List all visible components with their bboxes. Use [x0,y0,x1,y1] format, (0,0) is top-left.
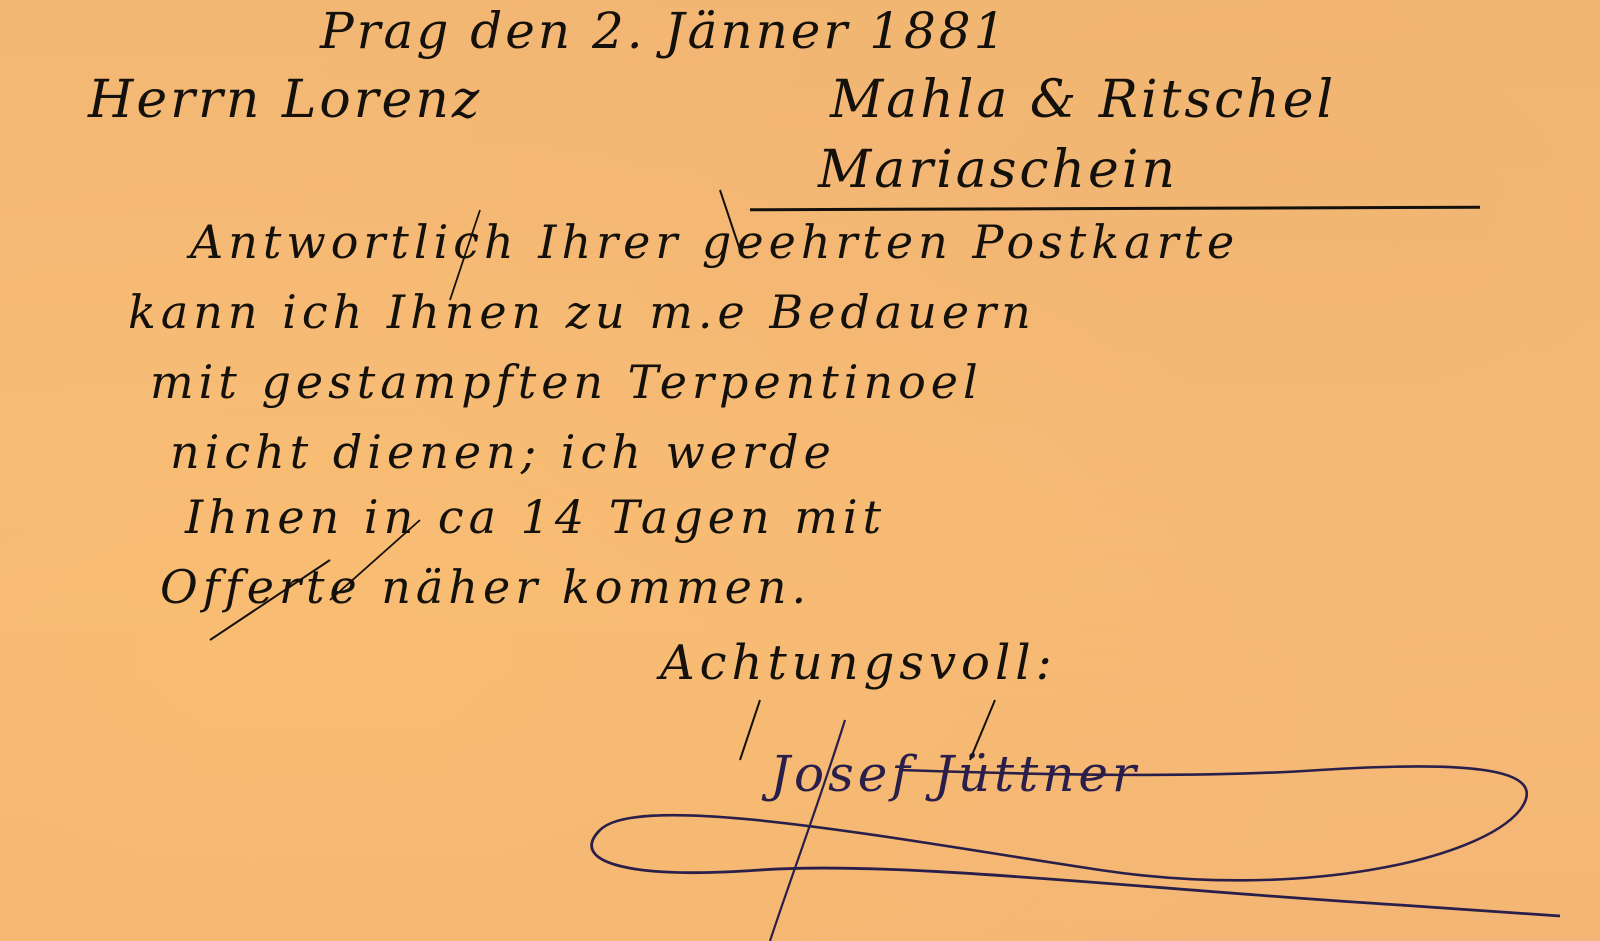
body-line: kann ich Ihnen zu m.e Bedauern [128,285,1036,339]
body-line: mit gestampften Terpentinoel [150,355,983,409]
address-salutation: Herrn Lorenz [88,70,482,130]
dateline: Prag den 2. Jänner 1881 [320,2,1008,60]
address-place: Mariaschein [818,140,1178,200]
body-line: Antwortlich Ihrer geehrten Postkarte [190,215,1239,269]
address-underline [750,206,1480,212]
closing: Achtungsvoll: [660,635,1057,691]
body-line: nicht dienen; ich werde [170,425,836,479]
body-line: Offerte näher kommen. [160,560,811,614]
address-recipient: Mahla & Ritschel [830,70,1336,130]
signature: Josef Jüttner [770,745,1140,803]
postcard: Prag den 2. Jänner 1881 Herrn Lorenz Mah… [0,0,1600,941]
body-line: Ihnen in ca 14 Tagen mit [185,490,886,544]
